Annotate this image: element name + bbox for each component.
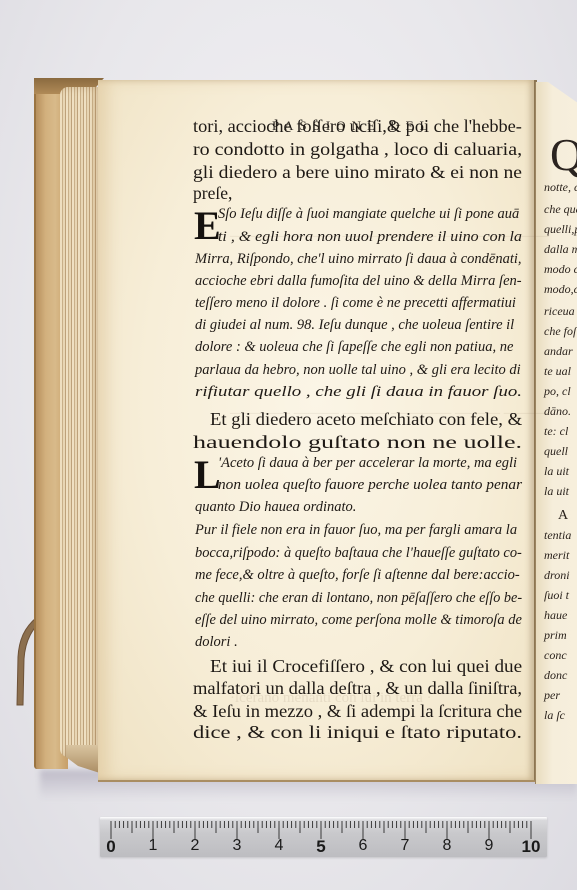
text-line: malfatori un dalla deſtra , & un dalla ſ… [193,678,522,699]
ruler-label: 3 [233,837,242,855]
text-line: eſſe del uino mirrato, come perſona moll… [195,612,522,629]
facing-text-fragment: te: cl [544,424,568,439]
facing-recto-page: Q notte, cche quequelli,pdalla mmodo cmo… [535,82,577,784]
facing-text-fragment: conc [544,648,567,663]
text-line: Et gli diedero aceto meſchiato con fele,… [210,409,522,430]
text-line: hauendolo guſtato non ne uolle. [193,432,522,453]
facing-text-fragment: notte, c [544,180,577,195]
text-line: dolori . [195,634,238,651]
text-line: 'Aceto ſi daua à ber per accelerar la mo… [218,455,517,472]
facing-text-fragment: la ſc [544,708,565,723]
facing-text-fragment: che foſ [544,324,576,339]
text-line: rifiutar quello , che gli ſi daua in fau… [195,384,522,401]
ruler-label: 10 [522,837,541,857]
text-line: dice , & con li iniqui e ſtato riputato. [193,722,522,743]
text-line: quanto Dio hauea ordinato. [195,499,356,516]
facing-text-fragment: droni [544,568,570,583]
facing-text-fragment: per [544,688,560,703]
dropcap-L: L [194,455,221,495]
text-line: non uolea queſto fauore perche uolea tan… [218,477,522,494]
facing-text-fragment: modo,c [544,282,577,297]
text-line: gli diedero a bere uino mirato & ei non … [193,162,522,183]
facing-text-fragment: tentia [544,528,571,543]
scale-ruler: 012345678910 [100,817,547,857]
facing-text-fragment: dalla m [544,242,577,257]
text-line: parlaua da hebro, non uolle tal uino , &… [195,362,521,379]
text-line: Et iui il Crocefiſſero , & con lui quei … [210,656,522,677]
facing-text-fragment: haue [544,608,567,623]
facing-text-fragment: modo c [544,262,577,277]
text-line: di giudei al num. 98. Ieſu dunque , che … [195,317,514,334]
ruler-label: 8 [443,837,452,855]
facing-text-fragment: la uit [544,484,569,499]
facing-text-fragment: donc [544,668,567,683]
text-line: me fece,& oltre à queſto, forſe ſi aſten… [195,567,520,584]
facing-text-fragment: quell [544,444,568,459]
ruler-label: 2 [191,837,200,855]
text-line: ro condotto in golgatha , loco di caluar… [193,139,522,160]
facing-text-fragment: prim [544,628,567,643]
ruler-label: 4 [275,837,284,855]
facing-text-fragment: andar [544,344,573,359]
facing-text-fragment: te ual [544,364,571,379]
dropcap-E: E [194,206,221,246]
facing-text-fragment: ſuoi t [544,588,569,603]
ruler-label: 0 [106,837,115,857]
facing-text-fragment: A [558,508,568,524]
facing-text-fragment: merit [544,548,569,563]
ruler-label: 7 [401,837,410,855]
text-line: Mirra, Riſpondo, che'l uino mirrato ſi d… [195,251,522,268]
facing-dropcap-Q: Q [550,132,577,178]
ruler-label: 5 [316,837,325,857]
text-line: bocca,riſpodo: à queſto baſtaua che l'ha… [195,545,522,562]
text-line: teſſero meno il dolore . ſi come è ne pr… [195,295,516,312]
ruler-label: 6 [359,837,368,855]
text-line: preſe, [193,183,232,204]
facing-text-fragment: la uit [544,464,569,479]
text-line: dolore : & uoleua che ſi ſapeſſe che egl… [195,339,513,356]
text-line: & Ieſu in mezzo , & ſi adempi la ſcritur… [193,701,522,722]
text-line: che quelli: che eran di lontano, non pēſ… [195,590,522,607]
facing-text-fragment: po, cl [544,384,571,399]
text-line: ti , & egli hora non uuol prendere il ui… [218,229,522,246]
page-edges [60,87,102,757]
ruler-label: 9 [485,837,494,855]
text-line: tori, accioche foſſero uciſi,& poi che l… [193,116,522,137]
text-line: Pur il fiele non era in fauor ſuo, ma pe… [195,522,517,539]
facing-text-fragment: che que [544,202,577,217]
text-line: Sſo Ieſu diſſe à ſuoi mangiate quelche u… [218,206,519,223]
ruler-label: 1 [149,837,158,855]
facing-text-fragment: riceua [544,304,575,319]
text-line: accioche ebri dalla fumoſita del uino & … [195,273,522,290]
